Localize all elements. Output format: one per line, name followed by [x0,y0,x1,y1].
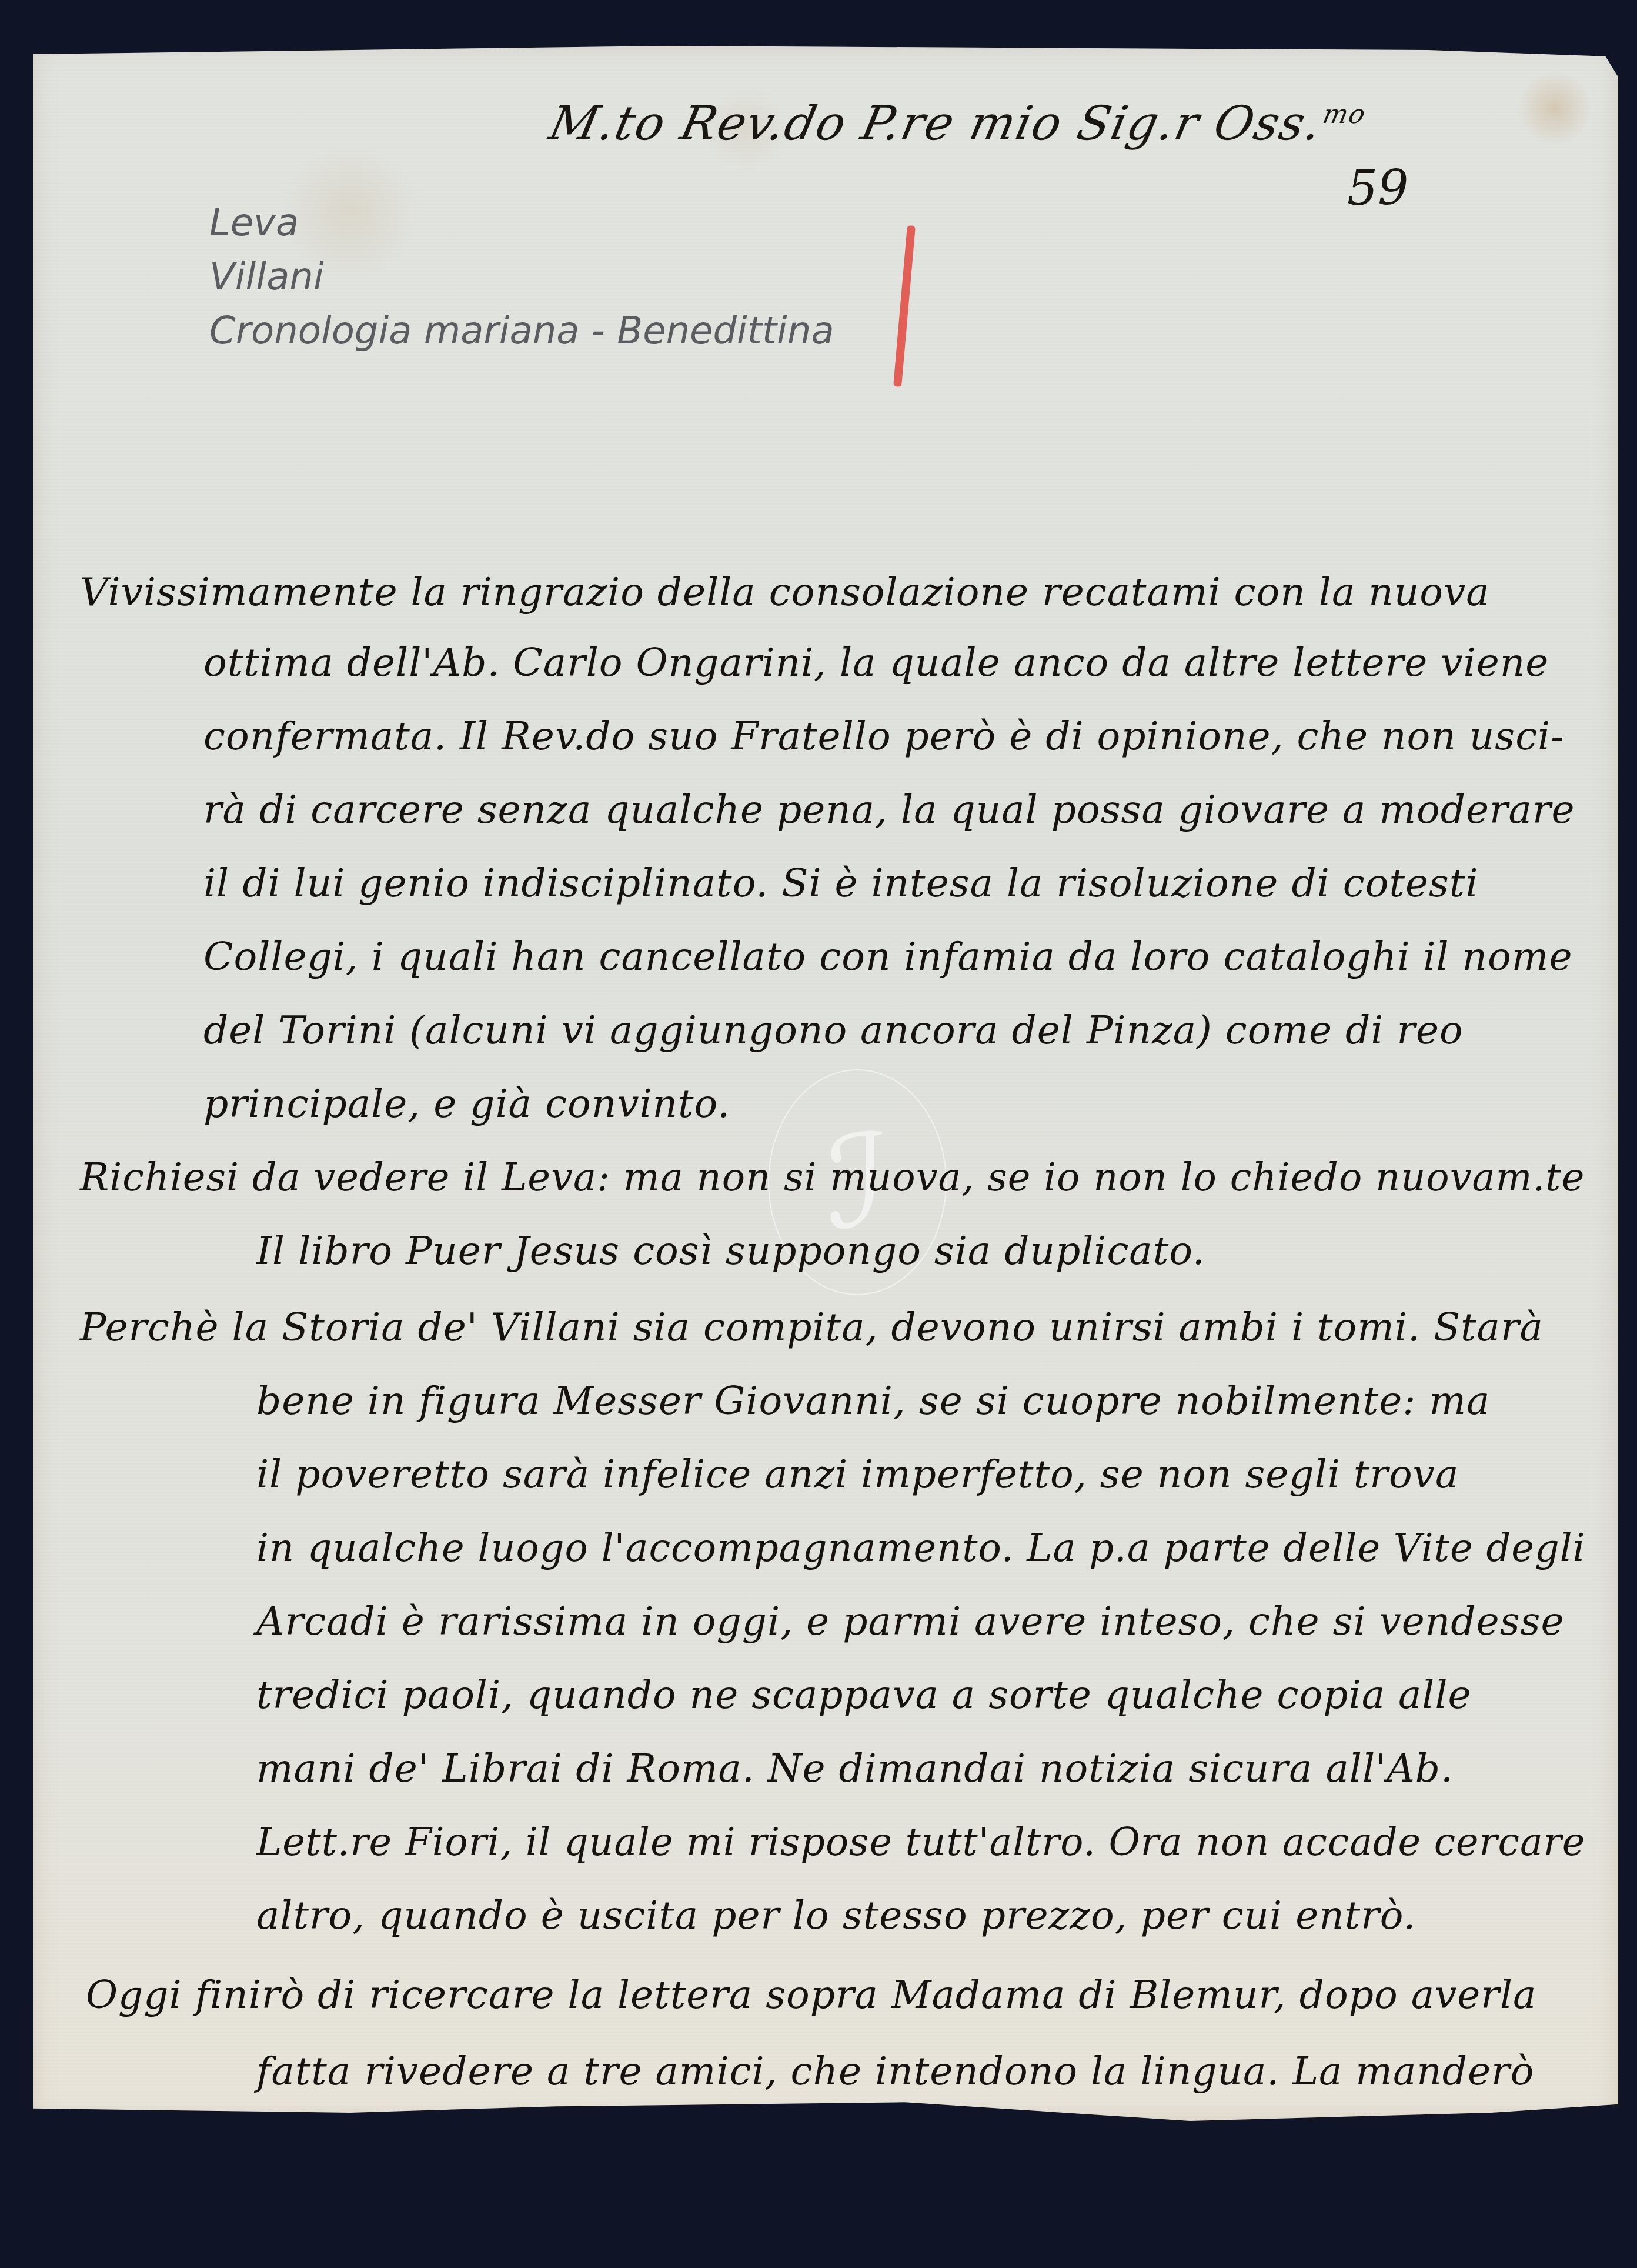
text-line: il di lui genio indisciplinato. Si è int… [203,860,1479,906]
text-line: Oggi finirò di ricercare la lettera sopr… [86,1972,1536,2017]
letter-body: Vivissimamente la ringrazio della consol… [33,46,1618,2121]
text-line: in qualche luogo l'accompagnamento. La p… [256,1525,1585,1570]
text-line: mani de' Librai di Roma. Ne dimandai not… [256,1746,1454,1791]
text-line: Arcadi è rarissima in oggi, e parmi aver… [256,1599,1564,1644]
text-line: del Torini (alcuni vi aggiungono ancora … [203,1008,1464,1053]
text-line: Perchè la Storia de' Villani sia compita… [80,1305,1544,1350]
text-line: bene in figura Messer Giovanni, se si cu… [256,1378,1490,1423]
text-line: il poveretto sarà infelice anzi imperfet… [256,1452,1459,1497]
manuscript-page: M.to Rev.do P.re mio Sig.r Oss.mo 59 Lev… [33,46,1618,2121]
text-line: Richiesi da vedere il Leva: ma non si mu… [80,1155,1585,1200]
text-line: altro, quando è uscita per lo stesso pre… [256,1893,1416,1938]
text-line: rà di carcere senza qualche pena, la qua… [203,787,1575,832]
text-line: fatta rivedere a tre amici, che intendon… [256,2049,1534,2094]
text-line: confermata. Il Rev.do suo Fratello però … [203,713,1565,759]
text-line: tredici paoli, quando ne scappava a sort… [256,1672,1472,1717]
text-line: Vivissimamente la ringrazio della consol… [80,569,1490,615]
text-line: Lett.re Fiori, il quale mi rispose tutt'… [256,1819,1585,1865]
text-line: Collegi, i quali han cancellato con infa… [203,934,1572,979]
text-line: principale, e già convinto. [203,1081,730,1126]
text-line: ottima dell'Ab. Carlo Ongarini, la quale… [203,640,1549,685]
text-line: poi con prima occasione. [256,2122,760,2167]
text-line: Il libro Puer Jesus così suppongo sia du… [256,1228,1205,1273]
